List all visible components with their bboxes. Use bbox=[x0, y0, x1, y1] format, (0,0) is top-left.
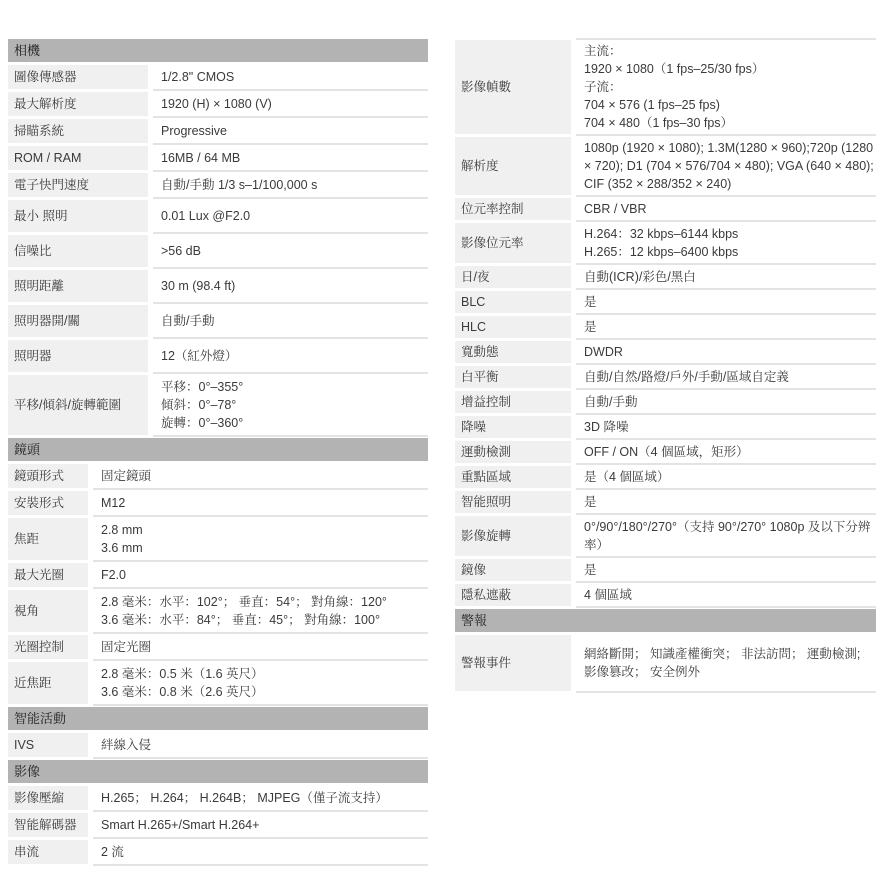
spec-value: 30 m (98.4 ft) bbox=[153, 270, 428, 304]
spec-value: 0.01 Lux @F2.0 bbox=[153, 200, 428, 234]
spec-row: ROM / RAM16MB / 64 MB bbox=[8, 146, 428, 172]
spec-row: 照明距離30 m (98.4 ft) bbox=[8, 270, 428, 304]
spec-value-line: 是 bbox=[584, 293, 874, 311]
spec-value-line: 自動/自然/路燈/戶外/手動/區域自定義 bbox=[584, 368, 874, 386]
spec-value-line: 2.8 mm bbox=[101, 521, 426, 539]
spec-value: H.265； H.264； H.264B； MJPEG（僅子流支持） bbox=[93, 786, 428, 812]
spec-row: 掃瞄系統Progressive bbox=[8, 119, 428, 145]
spec-value-line: OFF / ON（4 個區域，矩形） bbox=[584, 443, 874, 461]
spec-value: 自動/自然/路燈/戶外/手動/區域自定義 bbox=[576, 366, 876, 390]
spec-row: 白平衡自動/自然/路燈/戶外/手動/區域自定義 bbox=[455, 366, 876, 390]
spec-row: 鏡像是 bbox=[455, 559, 876, 583]
spec-row: 電子快門速度自動/手動 1/3 s–1/100,000 s bbox=[8, 173, 428, 199]
spec-value-line: 是 bbox=[584, 561, 874, 579]
spec-label: 影像旋轉 bbox=[455, 516, 571, 558]
spec-value: DWDR bbox=[576, 341, 876, 365]
spec-label: 智能解碼器 bbox=[8, 813, 88, 839]
spec-value: 2.8 毫米：水平：102°； 垂直：54°； 對角線：120°3.6 毫米：水… bbox=[93, 590, 428, 634]
spec-row: IVS絆線入侵 bbox=[8, 733, 428, 759]
spec-row: 圖像傳感器1/2.8" CMOS bbox=[8, 65, 428, 91]
spec-row: 焦距2.8 mm3.6 mm bbox=[8, 518, 428, 562]
spec-value-line: 絆線入侵 bbox=[101, 736, 426, 754]
spec-value-line: 1/2.8" CMOS bbox=[161, 68, 426, 86]
spec-value: 自動/手動 bbox=[153, 305, 428, 339]
spec-value-line: 網絡斷開； 知識產權衝突； 非法訪問； 運動檢測; 影像篡改； 安全例外 bbox=[584, 645, 874, 681]
spec-value: 2.8 mm3.6 mm bbox=[93, 518, 428, 562]
spec-value: 1080p (1920 × 1080); 1.3M(1280 × 960);72… bbox=[576, 137, 876, 197]
spec-label: 平移/傾斜/旋轉範圍 bbox=[8, 375, 148, 437]
spec-value-line: 704 × 576 (1 fps–25 fps) bbox=[584, 96, 874, 114]
spec-row: 增益控制自動/手動 bbox=[455, 391, 876, 415]
spec-row: 視角2.8 毫米：水平：102°； 垂直：54°； 對角線：120°3.6 毫米… bbox=[8, 590, 428, 634]
spec-value: 0°/90°/180°/270°（支持 90°/270° 1080p 及以下分辨… bbox=[576, 516, 876, 558]
spec-label: 影像幀數 bbox=[455, 38, 571, 136]
spec-value: 是 bbox=[576, 559, 876, 583]
spec-value: 自動(ICR)/彩色/黑白 bbox=[576, 266, 876, 290]
spec-row: 運動檢測OFF / ON（4 個區域，矩形） bbox=[455, 441, 876, 465]
spec-label: 光圈控制 bbox=[8, 635, 88, 661]
spec-value-line: 自動/手動 bbox=[584, 393, 874, 411]
spec-label: 電子快門速度 bbox=[8, 173, 148, 199]
spec-label: 降噪 bbox=[455, 416, 571, 440]
spec-label: 圖像傳感器 bbox=[8, 65, 148, 91]
spec-value: Progressive bbox=[153, 119, 428, 145]
spec-value: 4 個區域 bbox=[576, 584, 876, 608]
spec-label: 照明器開/關 bbox=[8, 305, 148, 339]
spec-row: 安裝形式M12 bbox=[8, 491, 428, 517]
spec-value-line: 平移：0°–355° bbox=[161, 378, 426, 396]
spec-row: 信噪比>56 dB bbox=[8, 235, 428, 269]
section-header: 警報 bbox=[455, 609, 876, 632]
spec-value-line: H.264：32 kbps–6144 kbps bbox=[584, 225, 874, 243]
spec-value: 12（紅外燈） bbox=[153, 340, 428, 374]
spec-label: 信噪比 bbox=[8, 235, 148, 269]
spec-row: 鏡頭形式固定鏡頭 bbox=[8, 464, 428, 490]
spec-label: 最大光圈 bbox=[8, 563, 88, 589]
spec-value-line: 3.6 mm bbox=[101, 539, 426, 557]
spec-value: M12 bbox=[93, 491, 428, 517]
spec-value-line: 16MB / 64 MB bbox=[161, 149, 426, 167]
spec-value-line: 2.8 毫米：水平：102°； 垂直：54°； 對角線：120° bbox=[101, 593, 426, 611]
spec-label: 串流 bbox=[8, 840, 88, 866]
spec-value-line: 3.6 毫米：水平：84°； 垂直：45°； 對角線：100° bbox=[101, 611, 426, 629]
spec-row: 近焦距2.8 毫米：0.5 米（1.6 英尺）3.6 毫米：0.8 米（2.6 … bbox=[8, 662, 428, 706]
spec-value: 網絡斷開； 知識產權衝突； 非法訪問； 運動檢測; 影像篡改； 安全例外 bbox=[576, 635, 876, 693]
spec-value-line: 傾斜：0°–78° bbox=[161, 396, 426, 414]
spec-value-line: 1920 (H) × 1080 (V) bbox=[161, 95, 426, 113]
spec-value-line: 704 × 480（1 fps–30 fps） bbox=[584, 114, 874, 132]
spec-value: Smart H.265+/Smart H.264+ bbox=[93, 813, 428, 839]
spec-value-line: 3D 降噪 bbox=[584, 418, 874, 436]
spec-value: F2.0 bbox=[93, 563, 428, 589]
spec-value: OFF / ON（4 個區域，矩形） bbox=[576, 441, 876, 465]
spec-value-line: 30 m (98.4 ft) bbox=[161, 277, 426, 295]
spec-section: 智能活動IVS絆線入侵 bbox=[8, 707, 428, 759]
spec-value-line: 旋轉：0°–360° bbox=[161, 414, 426, 432]
spec-value-line: 子流： bbox=[584, 78, 874, 96]
spec-row: 智能解碼器Smart H.265+/Smart H.264+ bbox=[8, 813, 428, 839]
spec-label: 影像壓縮 bbox=[8, 786, 88, 812]
spec-value: CBR / VBR bbox=[576, 198, 876, 222]
spec-value: >56 dB bbox=[153, 235, 428, 269]
spec-row: 位元率控制CBR / VBR bbox=[455, 198, 876, 222]
spec-label: 安裝形式 bbox=[8, 491, 88, 517]
spec-value: 平移：0°–355°傾斜：0°–78°旋轉：0°–360° bbox=[153, 375, 428, 437]
spec-row: 最大解析度1920 (H) × 1080 (V) bbox=[8, 92, 428, 118]
spec-row: 日/夜自動(ICR)/彩色/黑白 bbox=[455, 266, 876, 290]
spec-value-line: 0°/90°/180°/270°（支持 90°/270° 1080p 及以下分辨… bbox=[584, 518, 874, 554]
spec-value: H.264：32 kbps–6144 kbpsH.265：12 kbps–640… bbox=[576, 223, 876, 265]
spec-value: 是（4 個區域） bbox=[576, 466, 876, 490]
spec-label: 運動檢測 bbox=[455, 441, 571, 465]
spec-value: 是 bbox=[576, 291, 876, 315]
spec-value: 1920 (H) × 1080 (V) bbox=[153, 92, 428, 118]
spec-label: 焦距 bbox=[8, 518, 88, 562]
spec-label: 照明器 bbox=[8, 340, 148, 374]
spec-value: 主流：1920 × 1080（1 fps–25/30 fps）子流：704 × … bbox=[576, 38, 876, 136]
spec-row: 重點區域是（4 個區域） bbox=[455, 466, 876, 490]
spec-value-line: 2 流 bbox=[101, 843, 426, 861]
spec-label: ROM / RAM bbox=[8, 146, 148, 172]
spec-value-line: F2.0 bbox=[101, 566, 426, 584]
spec-value-line: H.265：12 kbps–6400 kbps bbox=[584, 243, 874, 261]
spec-value-line: Smart H.265+/Smart H.264+ bbox=[101, 816, 426, 834]
spec-label: IVS bbox=[8, 733, 88, 759]
spec-label: 近焦距 bbox=[8, 662, 88, 706]
spec-label: 警報事件 bbox=[455, 635, 571, 693]
spec-value-line: 主流： bbox=[584, 42, 874, 60]
spec-value: 是 bbox=[576, 316, 876, 340]
spec-value-line: 12（紅外燈） bbox=[161, 347, 426, 365]
spec-value-line: Progressive bbox=[161, 122, 426, 140]
spec-label: BLC bbox=[455, 291, 571, 315]
spec-value: 自動/手動 bbox=[576, 391, 876, 415]
spec-value-line: 是 bbox=[584, 318, 874, 336]
spec-label: 鏡頭形式 bbox=[8, 464, 88, 490]
spec-row: 影像旋轉0°/90°/180°/270°（支持 90°/270° 1080p 及… bbox=[455, 516, 876, 558]
section-header: 相機 bbox=[8, 39, 428, 62]
spec-value-line: 是 bbox=[584, 493, 874, 511]
spec-column-right: 影像幀數主流：1920 × 1080（1 fps–25/30 fps）子流：70… bbox=[455, 38, 876, 694]
spec-value: 是 bbox=[576, 491, 876, 515]
spec-label: 最小 照明 bbox=[8, 200, 148, 234]
spec-label: 隱私遮蔽 bbox=[455, 584, 571, 608]
spec-value-line: 4 個區域 bbox=[584, 586, 874, 604]
spec-section: 影像影像壓縮H.265； H.264； H.264B； MJPEG（僅子流支持）… bbox=[8, 760, 428, 866]
spec-value: 1/2.8" CMOS bbox=[153, 65, 428, 91]
spec-value: 3D 降噪 bbox=[576, 416, 876, 440]
spec-label: 白平衡 bbox=[455, 366, 571, 390]
spec-row: 隱私遮蔽4 個區域 bbox=[455, 584, 876, 608]
spec-label: 鏡像 bbox=[455, 559, 571, 583]
spec-value-line: 2.8 毫米：0.5 米（1.6 英尺） bbox=[101, 665, 426, 683]
spec-label: HLC bbox=[455, 316, 571, 340]
spec-value: 固定鏡頭 bbox=[93, 464, 428, 490]
spec-section: 影像幀數主流：1920 × 1080（1 fps–25/30 fps）子流：70… bbox=[455, 38, 876, 608]
spec-value-line: 固定光圈 bbox=[101, 638, 426, 656]
spec-value: 固定光圈 bbox=[93, 635, 428, 661]
spec-value-line: M12 bbox=[101, 494, 426, 512]
spec-value-line: 是（4 個區域） bbox=[584, 468, 874, 486]
spec-row: 影像位元率H.264：32 kbps–6144 kbpsH.265：12 kbp… bbox=[455, 223, 876, 265]
spec-row: 寬動態DWDR bbox=[455, 341, 876, 365]
spec-row: 最小 照明0.01 Lux @F2.0 bbox=[8, 200, 428, 234]
spec-label: 重點區域 bbox=[455, 466, 571, 490]
spec-row: 照明器開/關自動/手動 bbox=[8, 305, 428, 339]
spec-label: 影像位元率 bbox=[455, 223, 571, 265]
spec-value-line: DWDR bbox=[584, 343, 874, 361]
spec-value-line: 1920 × 1080（1 fps–25/30 fps） bbox=[584, 60, 874, 78]
spec-label: 日/夜 bbox=[455, 266, 571, 290]
spec-value-line: 自動(ICR)/彩色/黑白 bbox=[584, 268, 874, 286]
spec-value: 絆線入侵 bbox=[93, 733, 428, 759]
spec-section: 鏡頭鏡頭形式固定鏡頭安裝形式M12焦距2.8 mm3.6 mm最大光圈F2.0視… bbox=[8, 438, 428, 706]
spec-label: 視角 bbox=[8, 590, 88, 634]
section-header: 影像 bbox=[8, 760, 428, 783]
spec-value-line: 3.6 毫米：0.8 米（2.6 英尺） bbox=[101, 683, 426, 701]
spec-value-line: 自動/手動 bbox=[161, 312, 426, 330]
spec-row: 最大光圈F2.0 bbox=[8, 563, 428, 589]
spec-row: 影像幀數主流：1920 × 1080（1 fps–25/30 fps）子流：70… bbox=[455, 38, 876, 136]
spec-value: 自動/手動 1/3 s–1/100,000 s bbox=[153, 173, 428, 199]
spec-label: 照明距離 bbox=[8, 270, 148, 304]
spec-value: 16MB / 64 MB bbox=[153, 146, 428, 172]
section-header: 鏡頭 bbox=[8, 438, 428, 461]
spec-section: 相機圖像傳感器1/2.8" CMOS最大解析度1920 (H) × 1080 (… bbox=[8, 39, 428, 437]
spec-label: 掃瞄系統 bbox=[8, 119, 148, 145]
spec-value-line: H.265； H.264； H.264B； MJPEG（僅子流支持） bbox=[101, 789, 426, 807]
spec-row: 智能照明是 bbox=[455, 491, 876, 515]
section-header: 智能活動 bbox=[8, 707, 428, 730]
spec-row: 降噪3D 降噪 bbox=[455, 416, 876, 440]
spec-value-line: 1080p (1920 × 1080); 1.3M(1280 × 960);72… bbox=[584, 139, 874, 193]
spec-row: 警報事件網絡斷開； 知識產權衝突； 非法訪問； 運動檢測; 影像篡改； 安全例外 bbox=[455, 635, 876, 693]
spec-value-line: >56 dB bbox=[161, 242, 426, 260]
spec-value: 2 流 bbox=[93, 840, 428, 866]
spec-row: BLC是 bbox=[455, 291, 876, 315]
spec-value-line: 0.01 Lux @F2.0 bbox=[161, 207, 426, 225]
spec-label: 增益控制 bbox=[455, 391, 571, 415]
spec-row: 串流2 流 bbox=[8, 840, 428, 866]
spec-label: 位元率控制 bbox=[455, 198, 571, 222]
spec-value-line: CBR / VBR bbox=[584, 200, 874, 218]
spec-label: 智能照明 bbox=[455, 491, 571, 515]
spec-row: 影像壓縮H.265； H.264； H.264B； MJPEG（僅子流支持） bbox=[8, 786, 428, 812]
spec-label: 最大解析度 bbox=[8, 92, 148, 118]
spec-row: 解析度1080p (1920 × 1080); 1.3M(1280 × 960)… bbox=[455, 137, 876, 197]
spec-column-left: 相機圖像傳感器1/2.8" CMOS最大解析度1920 (H) × 1080 (… bbox=[8, 38, 428, 867]
spec-value: 2.8 毫米：0.5 米（1.6 英尺）3.6 毫米：0.8 米（2.6 英尺） bbox=[93, 662, 428, 706]
spec-section: 警報警報事件網絡斷開； 知識產權衝突； 非法訪問； 運動檢測; 影像篡改； 安全… bbox=[455, 609, 876, 693]
spec-row: 光圈控制固定光圈 bbox=[8, 635, 428, 661]
spec-value-line: 固定鏡頭 bbox=[101, 467, 426, 485]
spec-row: HLC是 bbox=[455, 316, 876, 340]
spec-row: 平移/傾斜/旋轉範圍平移：0°–355°傾斜：0°–78°旋轉：0°–360° bbox=[8, 375, 428, 437]
spec-label: 寬動態 bbox=[455, 341, 571, 365]
spec-value-line: 自動/手動 1/3 s–1/100,000 s bbox=[161, 176, 426, 194]
spec-row: 照明器12（紅外燈） bbox=[8, 340, 428, 374]
spec-label: 解析度 bbox=[455, 137, 571, 197]
